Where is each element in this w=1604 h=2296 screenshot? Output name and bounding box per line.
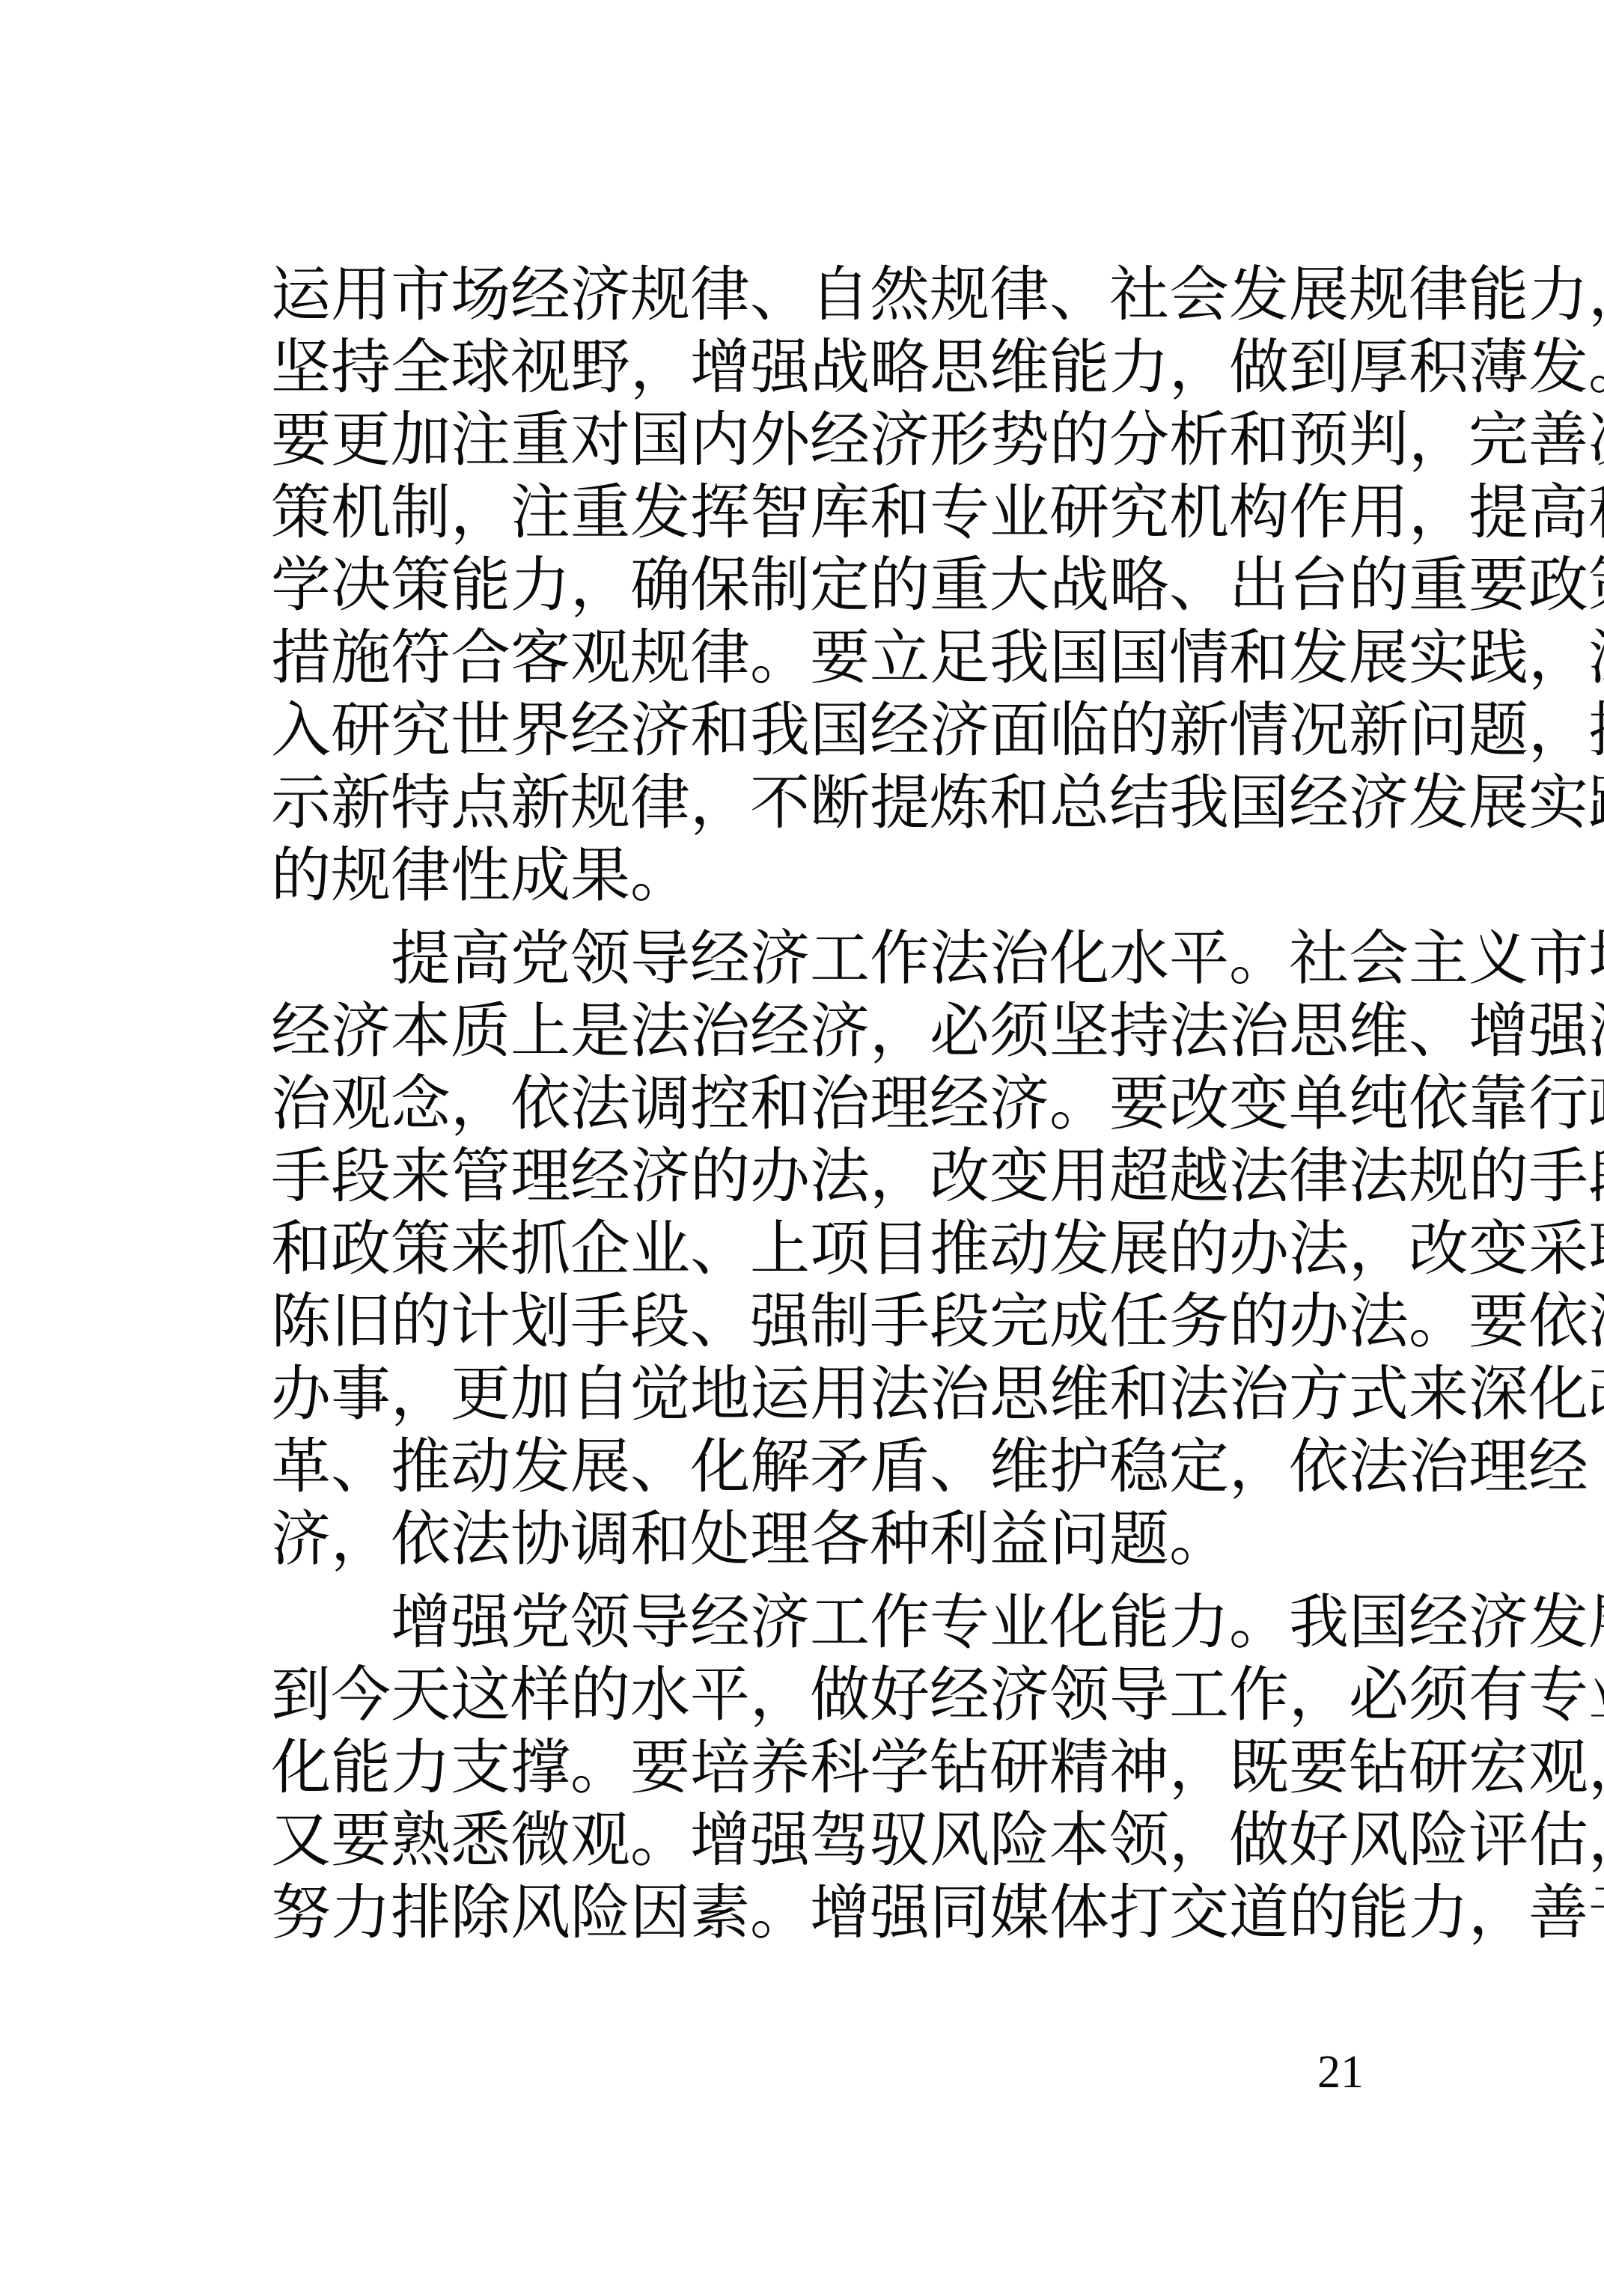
text-line: 治观念，依法调控和治理经济。要改变单纯依靠行政 — [271, 1067, 1469, 1140]
text-line: 增强党领导经济工作专业化能力。我国经济发展 — [271, 1586, 1469, 1658]
text-line: 又要熟悉微观。增强驾驭风险本领，做好风险评估， — [271, 1804, 1469, 1876]
text-line: 要更加注重对国内外经济形势的分析和预判，完善决 — [271, 403, 1469, 476]
body-text: 运用市场经济规律、自然规律、社会发展规律能力， 坚持全球视野，增强战略思维能力，… — [271, 258, 1469, 1949]
text-line: 经济本质上是法治经济，必须坚持法治思维、增强法 — [271, 995, 1469, 1067]
text-line: 运用市场经济规律、自然规律、社会发展规律能力， — [271, 258, 1469, 331]
text-line: 陈旧的计划手段、强制手段完成任务的办法。要依法 — [271, 1285, 1469, 1358]
text-line: 办事，更加自觉地运用法治思维和法治方式来深化改 — [271, 1358, 1469, 1430]
text-line: 提高党领导经济工作法治化水平。社会主义市场 — [271, 922, 1469, 995]
paragraph-spacer — [271, 1575, 1469, 1586]
paragraph-spacer — [271, 912, 1469, 922]
paragraph-2: 提高党领导经济工作法治化水平。社会主义市场 经济本质上是法治经济，必须坚持法治思… — [271, 922, 1469, 1575]
text-line: 入研究世界经济和我国经济面临的新情况新问题，揭 — [271, 694, 1469, 766]
text-line: 和政策来抓企业、上项目推动发展的办法，改变采取 — [271, 1212, 1469, 1285]
book-page: 运用市场经济规律、自然规律、社会发展规律能力， 坚持全球视野，增强战略思维能力，… — [0, 0, 1604, 2296]
text-line: 策机制，注重发挥智库和专业研究机构作用，提高科 — [271, 476, 1469, 549]
paragraph-3: 增强党领导经济工作专业化能力。我国经济发展 到今天这样的水平，做好经济领导工作，… — [271, 1586, 1469, 1949]
paragraph-1: 运用市场经济规律、自然规律、社会发展规律能力， 坚持全球视野，增强战略思维能力，… — [271, 258, 1469, 912]
text-line: 措施符合客观规律。要立足我国国情和发展实践，深 — [271, 621, 1469, 694]
text-line: 化能力支撑。要培养科学钻研精神，既要钻研宏观， — [271, 1731, 1469, 1804]
text-line: 的规律性成果。 — [271, 839, 1469, 912]
text-line: 革、推动发展、化解矛盾、维护稳定，依法治理经 — [271, 1430, 1469, 1503]
text-line: 努力排除风险因素。增强同媒体打交道的能力，善于 — [271, 1876, 1469, 1949]
text-line: 到今天这样的水平，做好经济领导工作，必须有专业 — [271, 1658, 1469, 1731]
text-line: 济，依法协调和处理各种利益问题。 — [271, 1503, 1469, 1575]
text-line: 坚持全球视野，增强战略思维能力，做到厚积薄发。 — [271, 331, 1469, 403]
text-line: 示新特点新规律，不断提炼和总结我国经济发展实践 — [271, 766, 1469, 839]
text-line: 学决策能力，确保制定的重大战略、出台的重要政策 — [271, 549, 1469, 621]
page-number: 21 — [1317, 2049, 1364, 2095]
text-line: 手段来管理经济的办法，改变用超越法律法规的手段 — [271, 1140, 1469, 1212]
